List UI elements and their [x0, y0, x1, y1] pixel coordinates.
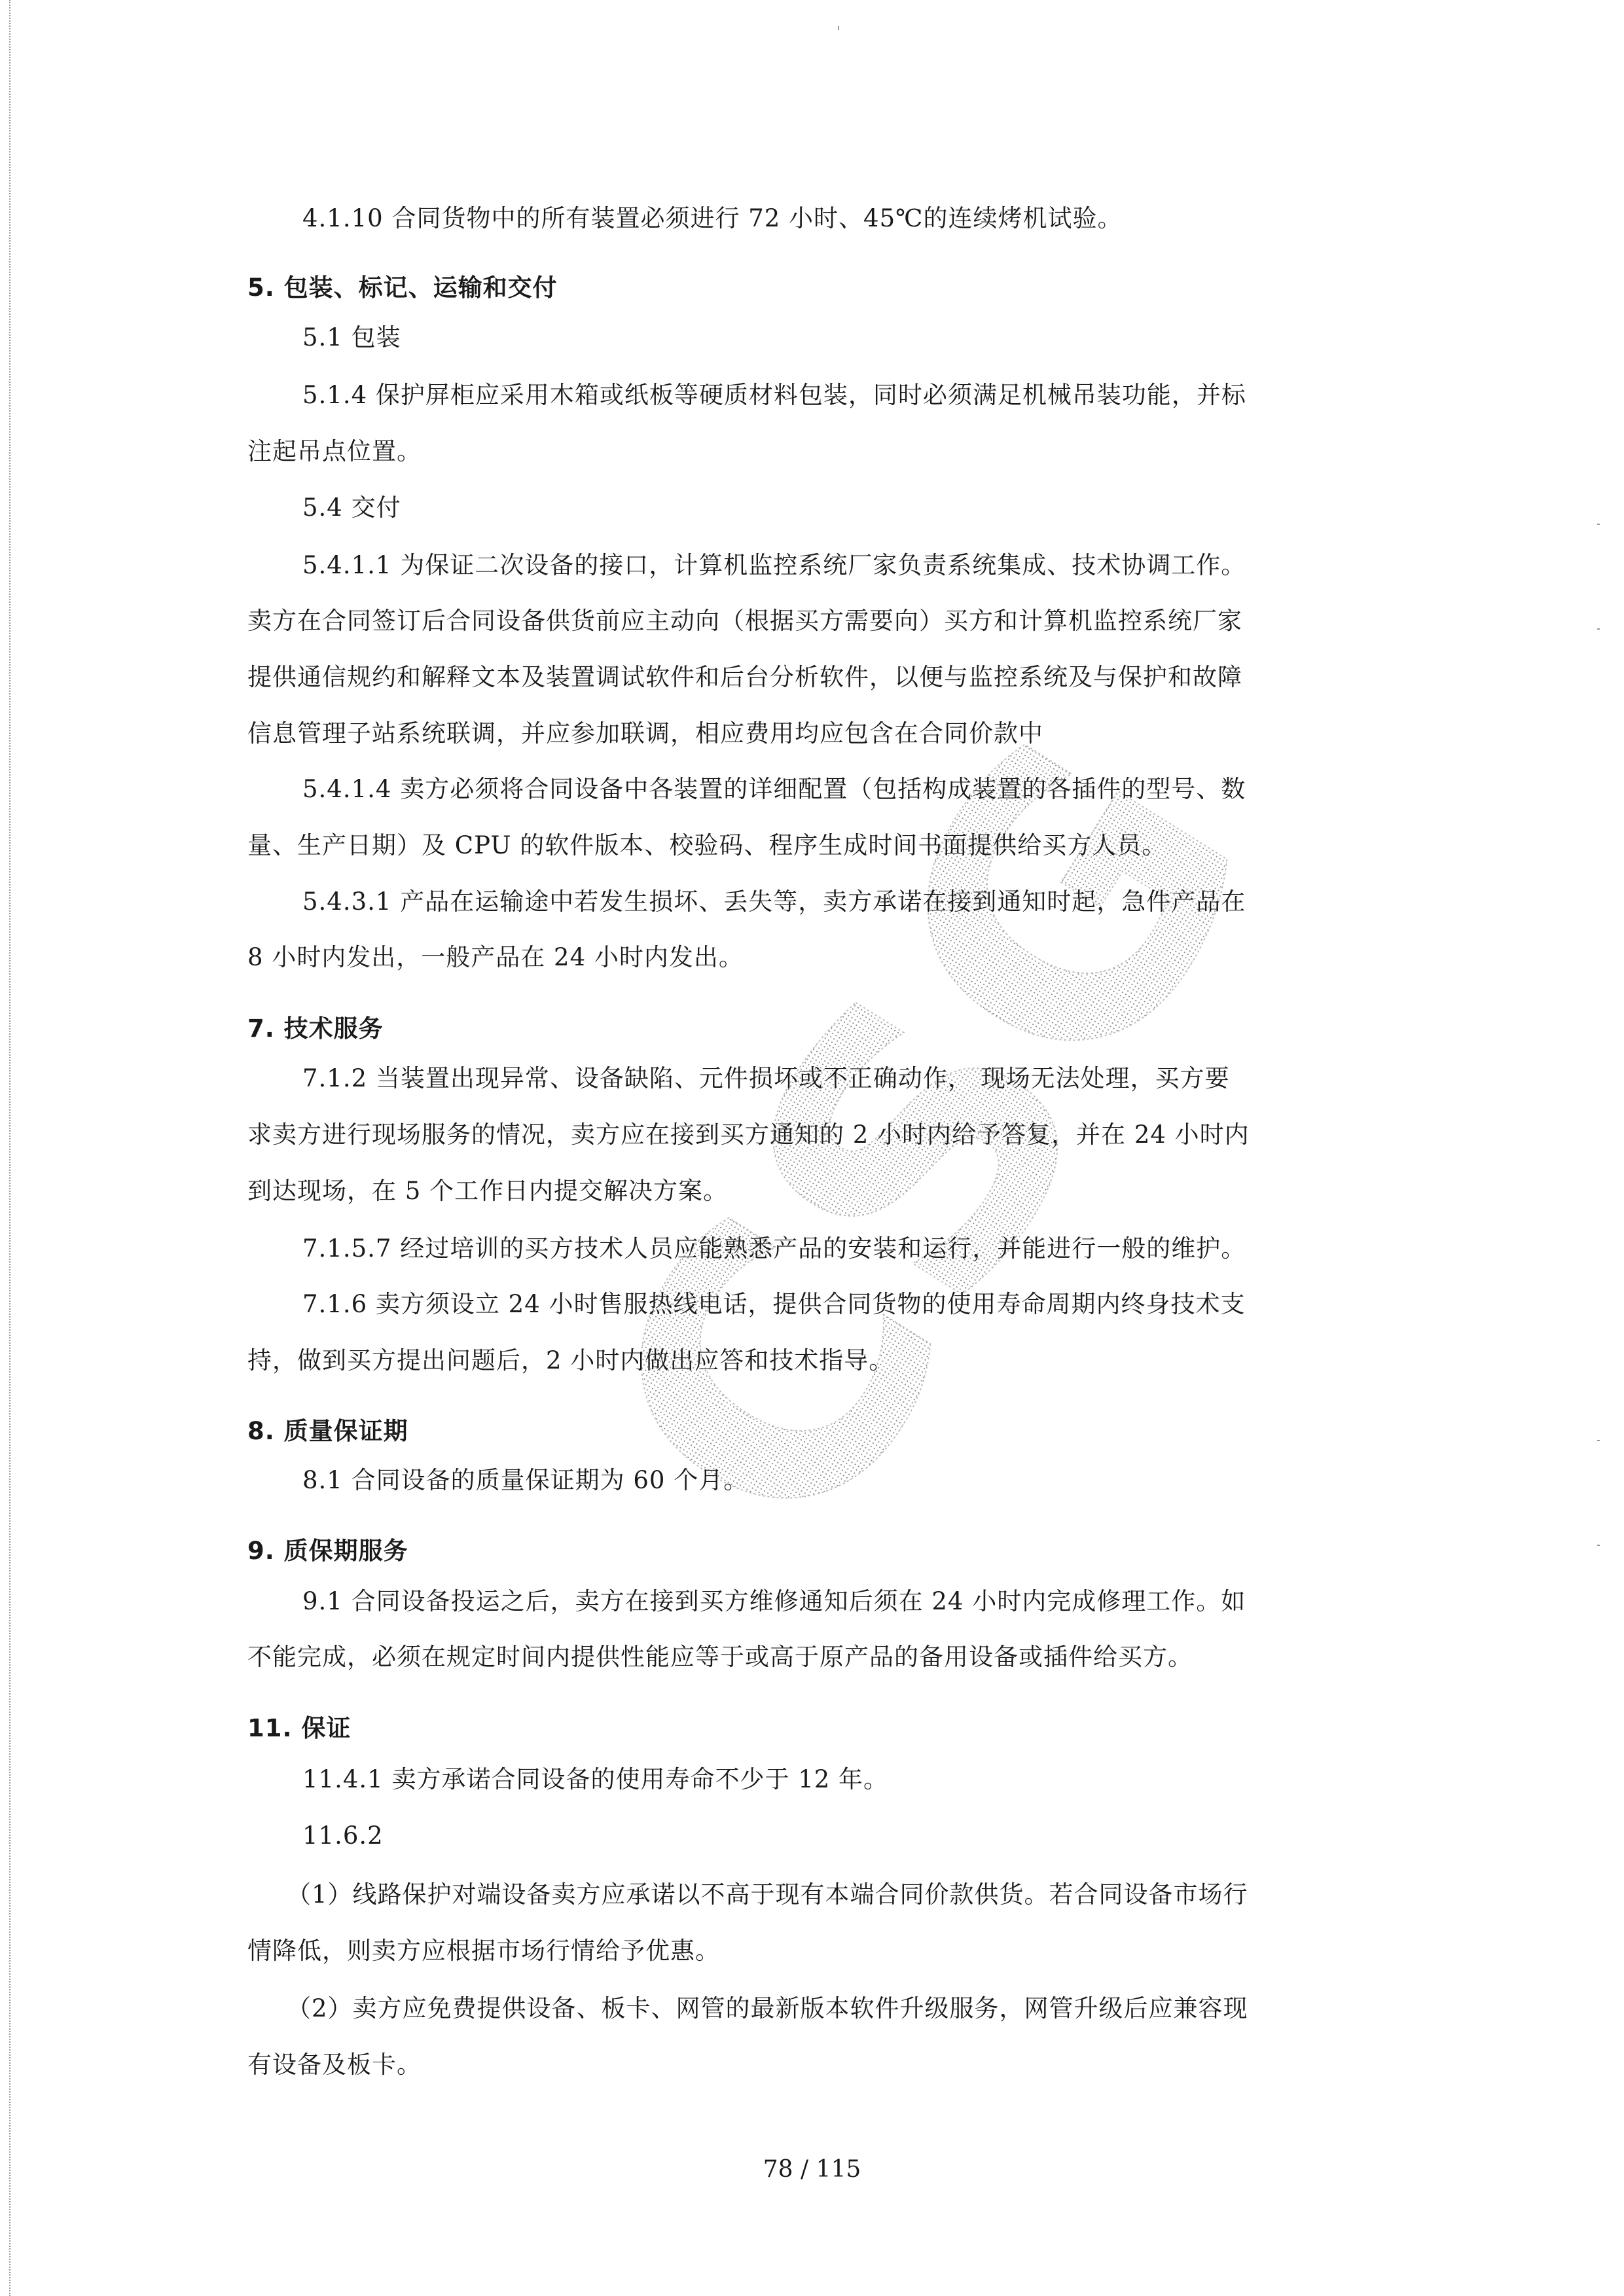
clause-11-6-2-item-1-cont: 情降低，则卖方应根据市场行情给予优惠。 [247, 1937, 720, 1965]
clause-5-4-1-4: 5.4.1.4 卖方必须将合同设备中各装置的详细配置（包括构成装置的各插件的型号… [302, 775, 1246, 804]
clause-7-1-2: 7.1.2 当装置出现异常、设备缺陷、元件损坏或不正确动作， 现场无法处理，买方… [302, 1064, 1230, 1093]
scan-mark [1597, 628, 1600, 630]
clause-7-1-6-cont: 持，做到买方提出问题后，2 小时内做出应答和技术指导。 [247, 1346, 893, 1375]
scan-edge-artifact [9, 0, 10, 2296]
clause-7-1-2-cont: 到达现场，在 5 个工作日内提交解决方案。 [247, 1177, 728, 1206]
clause-5-4-1-4-cont: 量、生产日期）及 CPU 的软件版本、校验码、程序生成时间书面提供给买方人员。 [247, 831, 1166, 860]
clause-7-1-2-cont: 求卖方进行现场服务的情况，卖方应在接到买方通知的 2 小时内给予答复，并在 24… [247, 1121, 1250, 1149]
section-heading-11: 11. 保证 [247, 1714, 351, 1743]
section-heading-7: 7. 技术服务 [247, 1014, 384, 1043]
clause-11-6-2: 11.6.2 [302, 1821, 384, 1850]
section-heading-9: 9. 质保期服务 [247, 1537, 408, 1566]
clause-5-4-3-1: 5.4.3.1 产品在运输途中若发生损坏、丢失等，卖方承诺在接到通知时起，急件产… [302, 888, 1246, 916]
scan-mark [1597, 1545, 1600, 1546]
clause-11-6-2-item-1: （1）线路保护对端设备卖方应承诺以不高于现有本端合同价款供货。若合同设备市场行 [287, 1880, 1248, 1909]
section-heading-8: 8. 质量保证期 [247, 1417, 408, 1446]
section-heading-5: 5. 包装、标记、运输和交付 [247, 274, 558, 302]
scan-mark [1597, 1440, 1600, 1441]
clause-9-1: 9.1 合同设备投运之后，卖方在接到买方维修通知后须在 24 小时内完成修理工作… [302, 1587, 1246, 1616]
clause-11-4-1: 11.4.1 卖方承诺合同设备的使用寿命不少于 12 年。 [302, 1765, 888, 1794]
clause-5-1-4: 5.1.4 保护屏柜应采用木箱或纸板等硬质材料包装，同时必须满足机械吊装功能，并… [302, 381, 1246, 410]
clause-5-4-1-1-cont: 卖方在合同签订后合同设备供货前应主动向（根据买方需要向）买方和计算机监控系统厂家 [247, 607, 1242, 636]
clause-5-4-1-1: 5.4.1.1 为保证二次设备的接口，计算机监控系统厂家负责系统集成、技术协调工… [302, 551, 1246, 580]
scan-mark [1597, 524, 1600, 525]
clause-5-4-3-1-cont: 8 小时内发出，一般产品在 24 小时内发出。 [247, 943, 744, 972]
clause-4-1-10: 4.1.10 合同货物中的所有装置必须进行 72 小时、45℃的连续烤机试验。 [302, 204, 1123, 233]
clause-7-1-6: 7.1.6 卖方须设立 24 小时售服热线电话，提供合同货物的使用寿命周期内终身… [302, 1290, 1246, 1319]
scan-mark [838, 26, 839, 30]
clause-5-1-4-cont: 注起吊点位置。 [247, 437, 422, 466]
subsection-5-4: 5.4 交付 [302, 493, 401, 522]
subsection-5-1: 5.1 包装 [302, 323, 401, 352]
clause-9-1-cont: 不能完成，必须在规定时间内提供性能应等于或高于原产品的备用设备或插件给买方。 [247, 1643, 1193, 1672]
clause-5-4-1-1-cont: 信息管理子站系统联调，并应参加联调，相应费用均应包含在合同价款中 [247, 719, 1043, 748]
clause-11-6-2-item-2-cont: 有设备及板卡。 [247, 2051, 422, 2079]
page-number: 78 / 115 [0, 2156, 1624, 2183]
clause-8-1: 8.1 合同设备的质量保证期为 60 个月。 [302, 1466, 748, 1495]
clause-5-4-1-1-cont: 提供通信规约和解释文本及装置调试软件和后台分析软件，以便与监控系统及与保护和故障 [247, 663, 1242, 692]
clause-7-1-5-7: 7.1.5.7 经过培训的买方技术人员应能熟悉产品的安装和运行，并能进行一般的维… [302, 1234, 1246, 1263]
clause-11-6-2-item-2: （2）卖方应免费提供设备、板卡、网管的最新版本软件升级服务，网管升级后应兼容现 [287, 1994, 1248, 2023]
